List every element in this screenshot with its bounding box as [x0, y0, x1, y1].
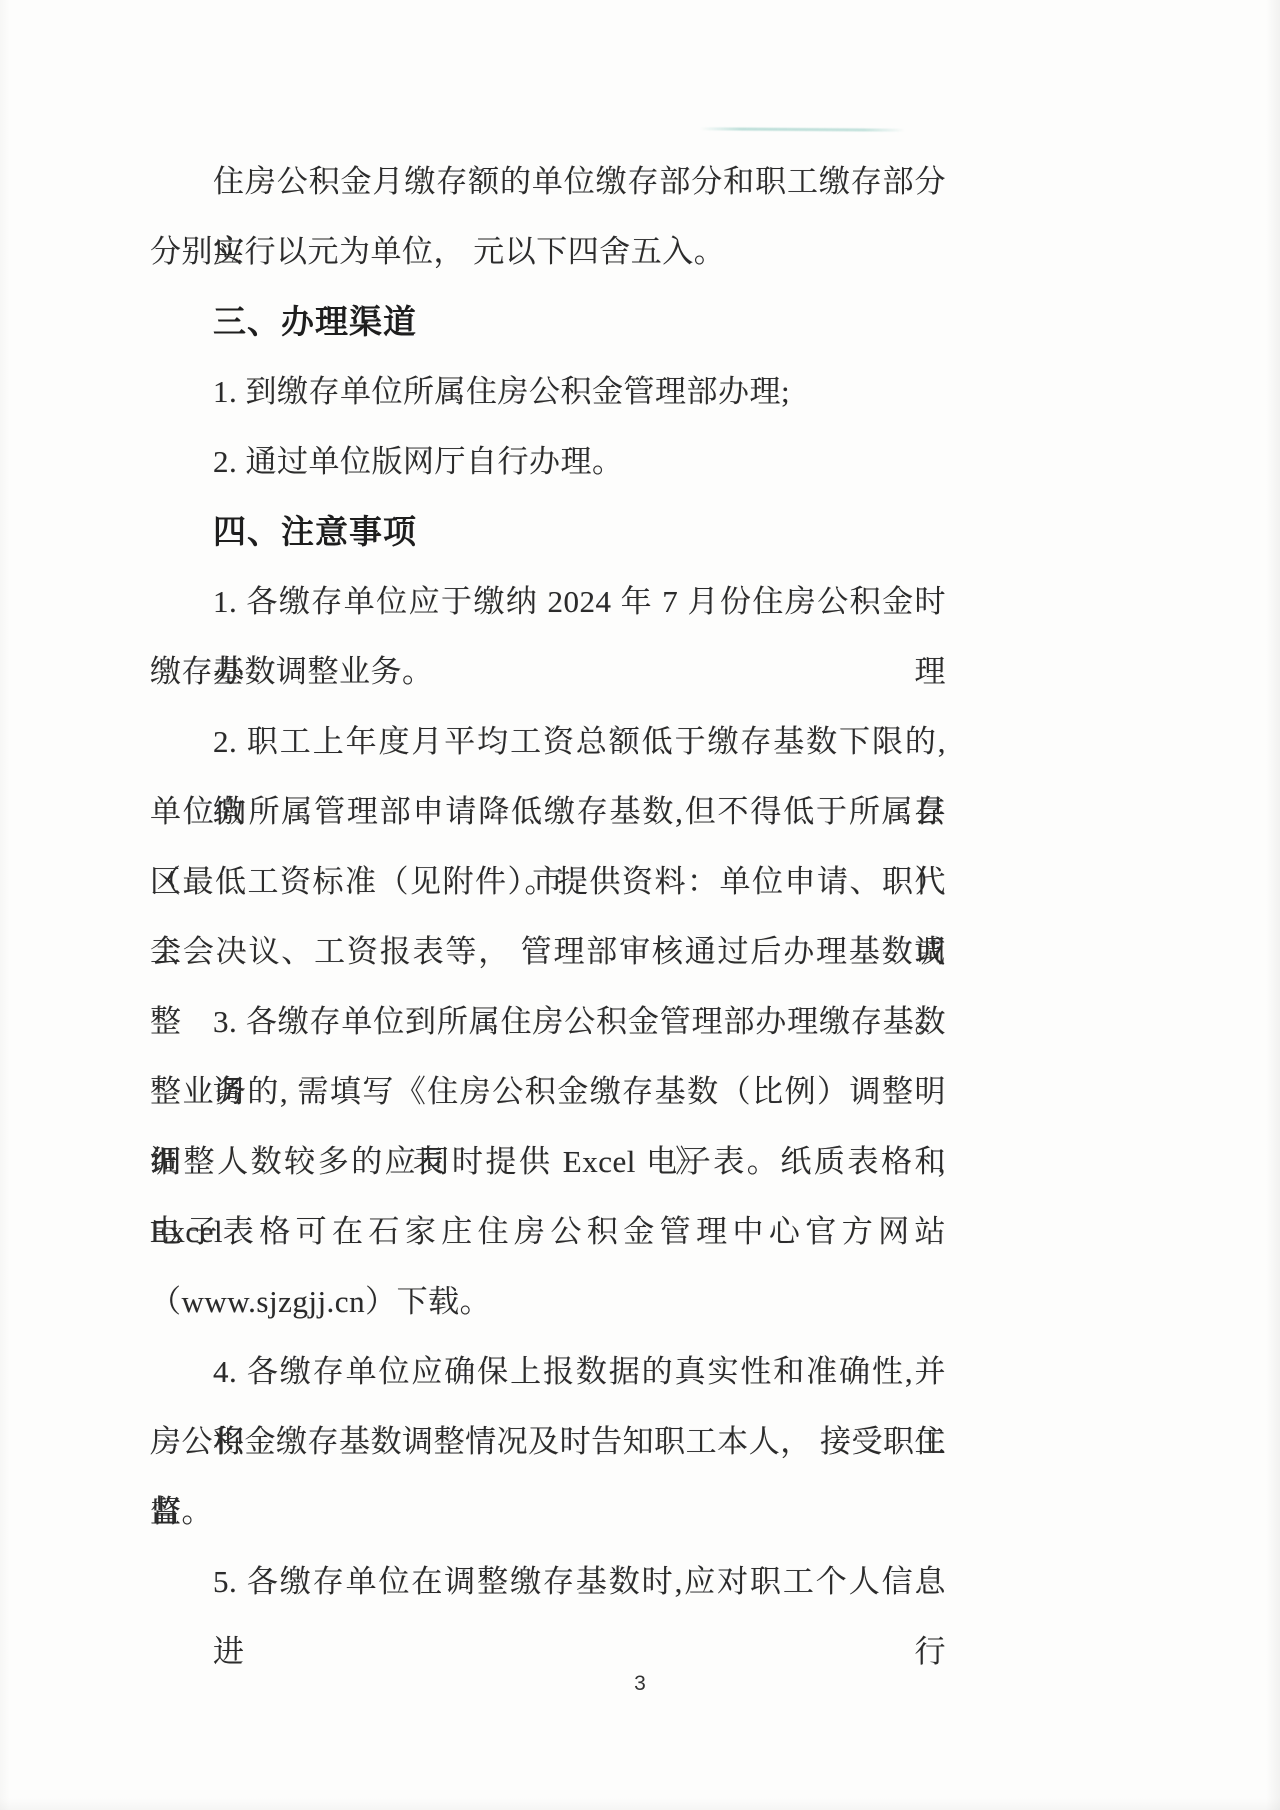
page-number: 3	[0, 1672, 1280, 1696]
scanned-document-page: 住房公积金月缴存额的单位缴存部分和职工缴存部分应 分别实行以元为单位， 元以下四…	[0, 0, 1280, 1810]
list-item-line: 4. 各缴存单位应确保上报数据的真实性和准确性,并将住	[150, 1337, 946, 1407]
section-heading-4: 四、注意事项	[150, 497, 946, 567]
paragraph-line: 督。	[150, 1477, 946, 1547]
paragraph-line: 区最低工资标准（见附件）。提供资料：单位申请、职代会或	[150, 847, 946, 917]
section-heading-3: 三、办理渠道	[150, 287, 946, 357]
list-item-line: 5. 各缴存单位在调整缴存基数时,应对职工个人信息进行	[150, 1547, 946, 1617]
paragraph-line: 分别实行以元为单位， 元以下四舍五入。	[150, 217, 946, 287]
list-item-line: 1. 各缴存单位应于缴纳 2024 年 7 月份住房公积金时办理	[150, 567, 946, 637]
list-item-line: 2. 职工上年度月平均工资总额低于缴存基数下限的,缴存	[150, 707, 946, 777]
list-item-line: 1. 到缴存单位所属住房公积金管理部办理;	[150, 357, 946, 427]
document-body: 住房公积金月缴存额的单位缴存部分和职工缴存部分应 分别实行以元为单位， 元以下四…	[150, 147, 946, 1617]
paragraph-line: 电子表格可在石家庄住房公积金管理中心官方网站	[150, 1197, 946, 1267]
paragraph-line-website: （www.sjzgjj.cn）下载。	[150, 1267, 946, 1337]
paragraph-line: 工会决议、工资报表等， 管理部审核通过后办理基数调整。	[150, 917, 946, 987]
paragraph-line: 住房公积金月缴存额的单位缴存部分和职工缴存部分应	[150, 147, 946, 217]
scan-artifact-line	[700, 127, 905, 131]
list-item-line: 2. 通过单位版网厅自行办理。	[150, 427, 946, 497]
paragraph-line: 调整人数较多的应同时提供 Excel 电子表。纸质表格和 Excel	[150, 1127, 946, 1197]
list-item-line: 3. 各缴存单位到所属住房公积金管理部办理缴存基数调	[150, 987, 946, 1057]
paragraph-line: 整业务的, 需填写《住房公积金缴存基数（比例）调整明细表》,	[150, 1057, 946, 1127]
paragraph-line: 单位向所属管理部申请降低缴存基数,但不得低于所属县（市）	[150, 777, 946, 847]
paragraph-line: 房公积金缴存基数调整情况及时告知职工本人， 接受职工监	[150, 1407, 946, 1477]
